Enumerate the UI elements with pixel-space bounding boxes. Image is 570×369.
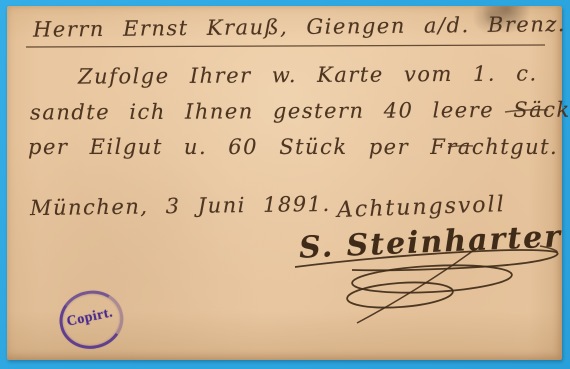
closing-salutation: Achtungsvoll [337,192,506,223]
body-line-1: Zufolge Ihrer w. Karte vom 1. c. [78,61,538,88]
scanned-postcard: Herrn Ernst Krauß, Giengen a/d. Brenz. Z… [0,0,570,369]
dateline: München, 3 Juni 1891. [30,192,331,220]
address-line: Herrn Ernst Krauß, Giengen a/d. Brenz. [33,12,545,41]
copirt-stamp: Copirt. [50,282,131,353]
signature-name: S. Steinharter [298,219,562,265]
body-line-2: sandte ich Ihnen gestern 40 leere Säcke [30,98,570,125]
postcard-paper: Herrn Ernst Krauß, Giengen a/d. Brenz. Z… [7,6,562,360]
body-line-3: per Eilgut u. 60 Stück per Frachtgut. [28,135,558,159]
